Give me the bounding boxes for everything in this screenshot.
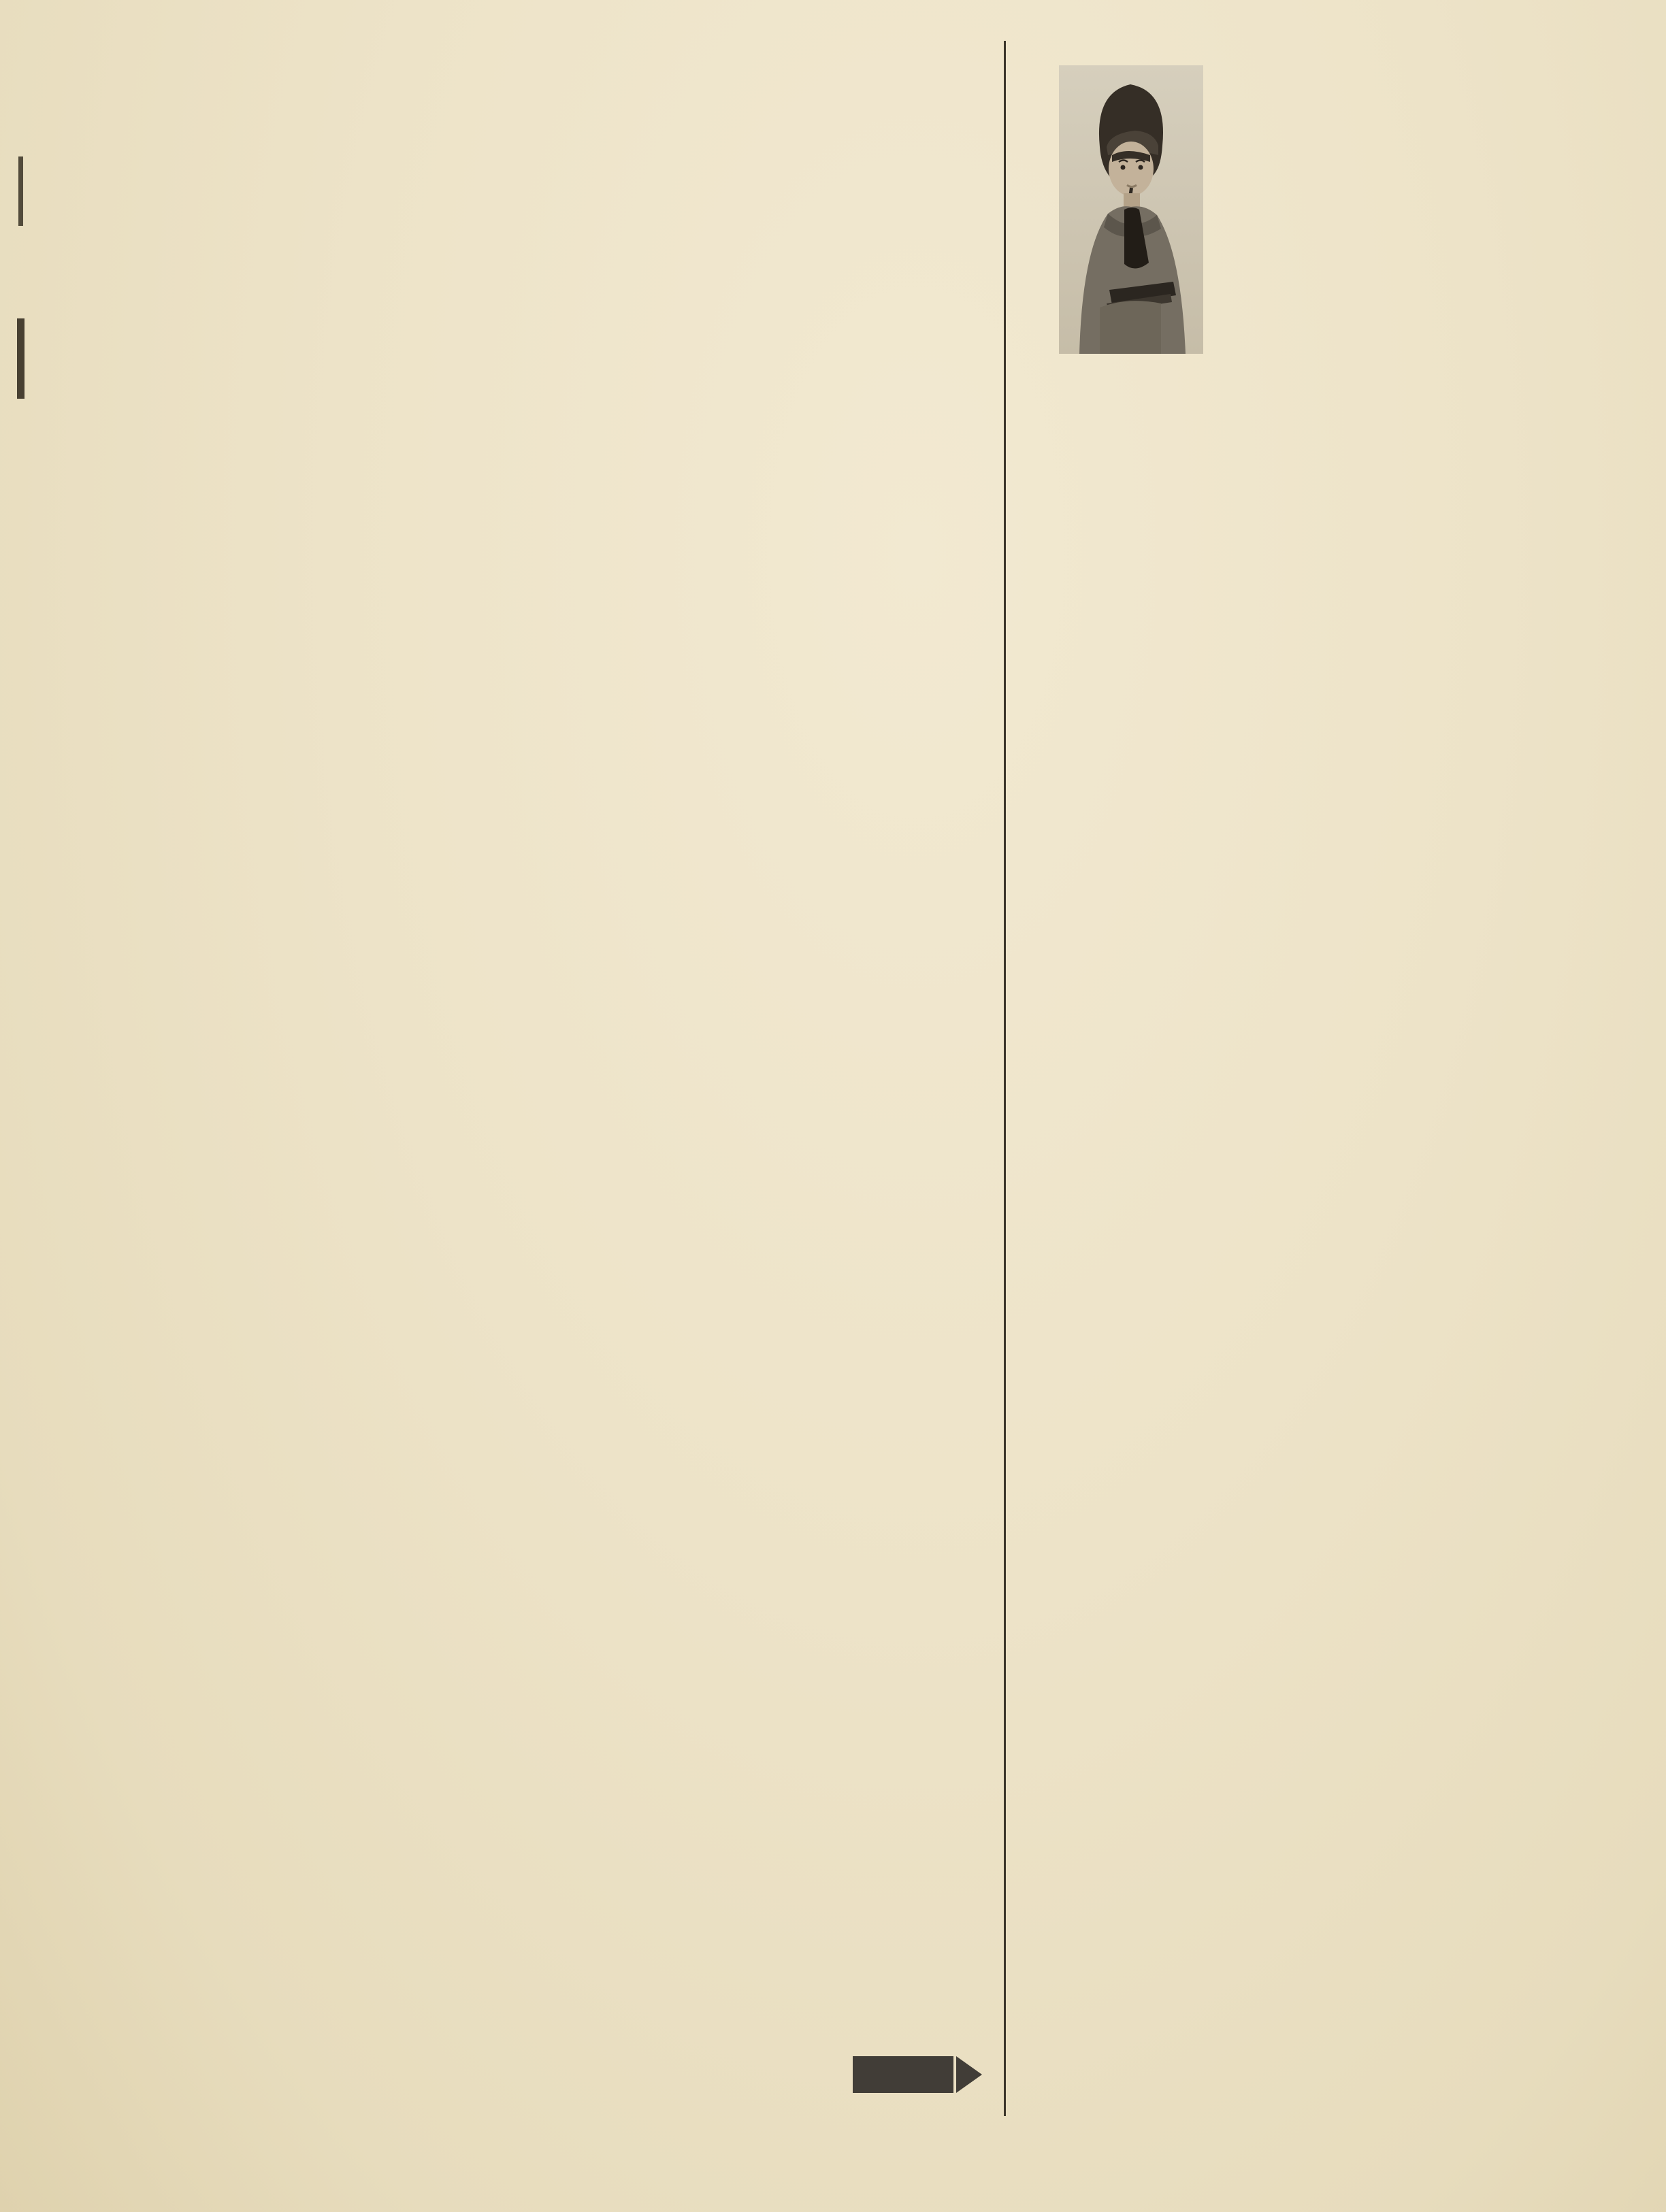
- segue-arrow-tip: [956, 2056, 982, 2093]
- segue-label: [853, 2056, 953, 2093]
- scan-artifact: [17, 318, 24, 399]
- magazine-page: [0, 0, 1666, 2212]
- column-divider: [1004, 41, 1006, 2116]
- segue-arrow: [853, 2056, 982, 2093]
- woman-photo: [1059, 65, 1203, 354]
- scan-artifact: [18, 156, 23, 226]
